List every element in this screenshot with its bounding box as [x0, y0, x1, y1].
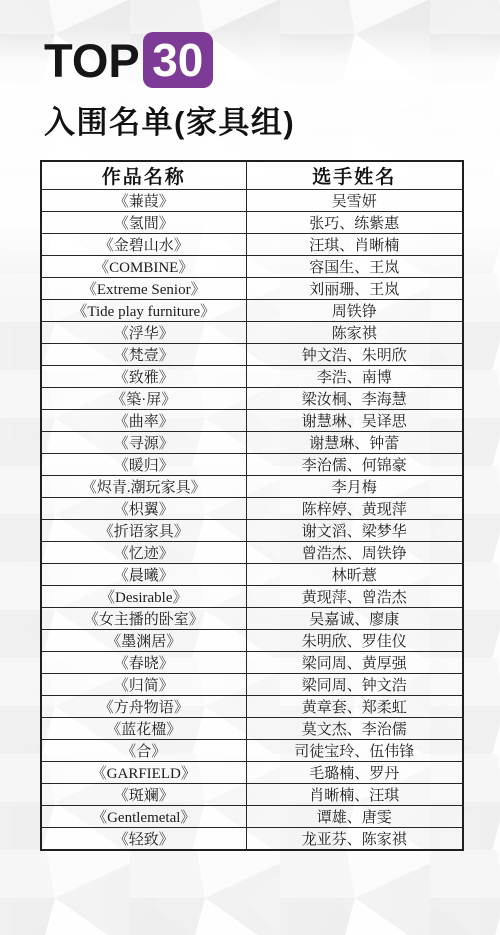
- contestant-names-cell: 谢慧琳、吴译思: [246, 410, 463, 432]
- work-name-cell: 《浮华》: [41, 322, 246, 344]
- work-name-cell: 《金碧山水》: [41, 234, 246, 256]
- table-row: 《Extreme Senior》刘丽珊、王岚: [41, 278, 463, 300]
- table-row: 《墨渊居》朱明欣、罗佳仪: [41, 630, 463, 652]
- table-body: 《蒹葭》吴雪妍《氢間》张巧、练紫惠《金碧山水》汪琪、肖晰楠《COMBINE》容国…: [41, 190, 463, 851]
- table-row: 《归简》梁同周、钟文浩: [41, 674, 463, 696]
- table-row: 《枳翼》陈梓婷、黄现萍: [41, 498, 463, 520]
- work-name-cell: 《女主播的卧室》: [41, 608, 246, 630]
- work-name-cell: 《忆迹》: [41, 542, 246, 564]
- contestant-names-cell: 谢文滔、梁梦华: [246, 520, 463, 542]
- table-row: 《折语家具》谢文滔、梁梦华: [41, 520, 463, 542]
- work-name-cell: 《轻致》: [41, 828, 246, 851]
- contestant-names-cell: 容国生、王岚: [246, 256, 463, 278]
- table-row: 《金碧山水》汪琪、肖晰楠: [41, 234, 463, 256]
- work-name-cell: 《COMBINE》: [41, 256, 246, 278]
- contestant-names-cell: 莫文杰、李治儒: [246, 718, 463, 740]
- table-row: 《寻源》谢慧琳、钟蕾: [41, 432, 463, 454]
- table-row: 《Desirable》黄现萍、曾浩杰: [41, 586, 463, 608]
- top-label: TOP: [44, 37, 140, 84]
- table-row: 《氢間》张巧、练紫惠: [41, 212, 463, 234]
- contestant-names-cell: 刘丽珊、王岚: [246, 278, 463, 300]
- work-name-cell: 《梵壹》: [41, 344, 246, 366]
- work-name-cell: 《蒹葭》: [41, 190, 246, 212]
- contestant-names-cell: 汪琪、肖晰楠: [246, 234, 463, 256]
- work-name-cell: 《归简》: [41, 674, 246, 696]
- contestant-names-cell: 张巧、练紫惠: [246, 212, 463, 234]
- table-row: 《方舟物语》黄章套、郑柔虹: [41, 696, 463, 718]
- column-header-work: 作品名称: [41, 161, 246, 190]
- table-row: 《築·屏》梁汝桐、李海慧: [41, 388, 463, 410]
- table-row: 《Gentlemetal》谭雄、唐雯: [41, 806, 463, 828]
- table-row: 《COMBINE》容国生、王岚: [41, 256, 463, 278]
- table-row: 《忆迹》曾浩杰、周铁铮: [41, 542, 463, 564]
- contestant-names-cell: 陈梓婷、黄现萍: [246, 498, 463, 520]
- table-row: 《暖归》李治儒、何锦豪: [41, 454, 463, 476]
- contestant-names-cell: 朱明欣、罗佳仪: [246, 630, 463, 652]
- table-row: 《Tide play furniture》周铁铮: [41, 300, 463, 322]
- work-name-cell: 《墨渊居》: [41, 630, 246, 652]
- table-row: 《晨曦》林昕薏: [41, 564, 463, 586]
- table-row: 《梵壹》钟文浩、朱明欣: [41, 344, 463, 366]
- work-name-cell: 《築·屏》: [41, 388, 246, 410]
- content: TOP 30 入围名单(家具组) 作品名称 选手姓名 《蒹葭》吴雪妍《氢間》张巧…: [0, 0, 500, 935]
- contestant-names-cell: 毛璐楠、罗丹: [246, 762, 463, 784]
- work-name-cell: 《Extreme Senior》: [41, 278, 246, 300]
- work-name-cell: 《枳翼》: [41, 498, 246, 520]
- contestant-names-cell: 吴嘉诚、廖康: [246, 608, 463, 630]
- contestant-names-cell: 谭雄、唐雯: [246, 806, 463, 828]
- contestant-names-cell: 钟文浩、朱明欣: [246, 344, 463, 366]
- table-row: 《浮华》陈家祺: [41, 322, 463, 344]
- contestant-names-cell: 李月梅: [246, 476, 463, 498]
- top-count-badge: 30: [143, 32, 213, 88]
- work-name-cell: 《晨曦》: [41, 564, 246, 586]
- table-row: 《致雅》李浩、南博: [41, 366, 463, 388]
- work-name-cell: 《斑斓》: [41, 784, 246, 806]
- contestant-names-cell: 林昕薏: [246, 564, 463, 586]
- column-header-contestants: 选手姓名: [246, 161, 463, 190]
- work-name-cell: 《折语家具》: [41, 520, 246, 542]
- table-row: 《曲率》谢慧琳、吴译思: [41, 410, 463, 432]
- contestant-names-cell: 司徒宝玲、伍伟锋: [246, 740, 463, 762]
- work-name-cell: 《春晓》: [41, 652, 246, 674]
- contestant-names-cell: 黄现萍、曾浩杰: [246, 586, 463, 608]
- work-name-cell: 《方舟物语》: [41, 696, 246, 718]
- contestant-names-cell: 陈家祺: [246, 322, 463, 344]
- table-row: 《斑斓》肖晰楠、汪琪: [41, 784, 463, 806]
- work-name-cell: 《暖归》: [41, 454, 246, 476]
- work-name-cell: 《合》: [41, 740, 246, 762]
- table-row: 《蒹葭》吴雪妍: [41, 190, 463, 212]
- contestant-names-cell: 谢慧琳、钟蕾: [246, 432, 463, 454]
- work-name-cell: 《蓝花楹》: [41, 718, 246, 740]
- contestant-names-cell: 周铁铮: [246, 300, 463, 322]
- work-name-cell: 《寻源》: [41, 432, 246, 454]
- table-header-row: 作品名称 选手姓名: [41, 161, 463, 190]
- contestant-names-cell: 梁同周、钟文浩: [246, 674, 463, 696]
- table-row: 《女主播的卧室》吴嘉诚、廖康: [41, 608, 463, 630]
- table-row: 《合》司徒宝玲、伍伟锋: [41, 740, 463, 762]
- page-title: 入围名单(家具组): [44, 97, 295, 142]
- contestant-names-cell: 李浩、南博: [246, 366, 463, 388]
- contestant-names-cell: 梁同周、黄厚强: [246, 652, 463, 674]
- work-name-cell: 《氢間》: [41, 212, 246, 234]
- contestant-names-cell: 肖晰楠、汪琪: [246, 784, 463, 806]
- work-name-cell: 《致雅》: [41, 366, 246, 388]
- work-name-cell: 《Gentlemetal》: [41, 806, 246, 828]
- work-name-cell: 《曲率》: [41, 410, 246, 432]
- contestant-names-cell: 梁汝桐、李海慧: [246, 388, 463, 410]
- contestant-names-cell: 曾浩杰、周铁铮: [246, 542, 463, 564]
- work-name-cell: 《烬青.潮玩家具》: [41, 476, 246, 498]
- header: TOP 30 入围名单(家具组): [44, 30, 295, 142]
- top-line: TOP 30: [44, 30, 295, 90]
- table-row: 《GARFIELD》毛璐楠、罗丹: [41, 762, 463, 784]
- shortlist-table: 作品名称 选手姓名 《蒹葭》吴雪妍《氢間》张巧、练紫惠《金碧山水》汪琪、肖晰楠《…: [40, 160, 464, 851]
- flyer-page: TOP 30 入围名单(家具组) 作品名称 选手姓名 《蒹葭》吴雪妍《氢間》张巧…: [0, 0, 500, 935]
- table-row: 《轻致》龙亚芬、陈家祺: [41, 828, 463, 851]
- table-row: 《春晓》梁同周、黄厚强: [41, 652, 463, 674]
- table-row: 《烬青.潮玩家具》李月梅: [41, 476, 463, 498]
- contestant-names-cell: 龙亚芬、陈家祺: [246, 828, 463, 851]
- work-name-cell: 《Tide play furniture》: [41, 300, 246, 322]
- table-row: 《蓝花楹》莫文杰、李治儒: [41, 718, 463, 740]
- work-name-cell: 《Desirable》: [41, 586, 246, 608]
- work-name-cell: 《GARFIELD》: [41, 762, 246, 784]
- contestant-names-cell: 李治儒、何锦豪: [246, 454, 463, 476]
- contestant-names-cell: 黄章套、郑柔虹: [246, 696, 463, 718]
- contestant-names-cell: 吴雪妍: [246, 190, 463, 212]
